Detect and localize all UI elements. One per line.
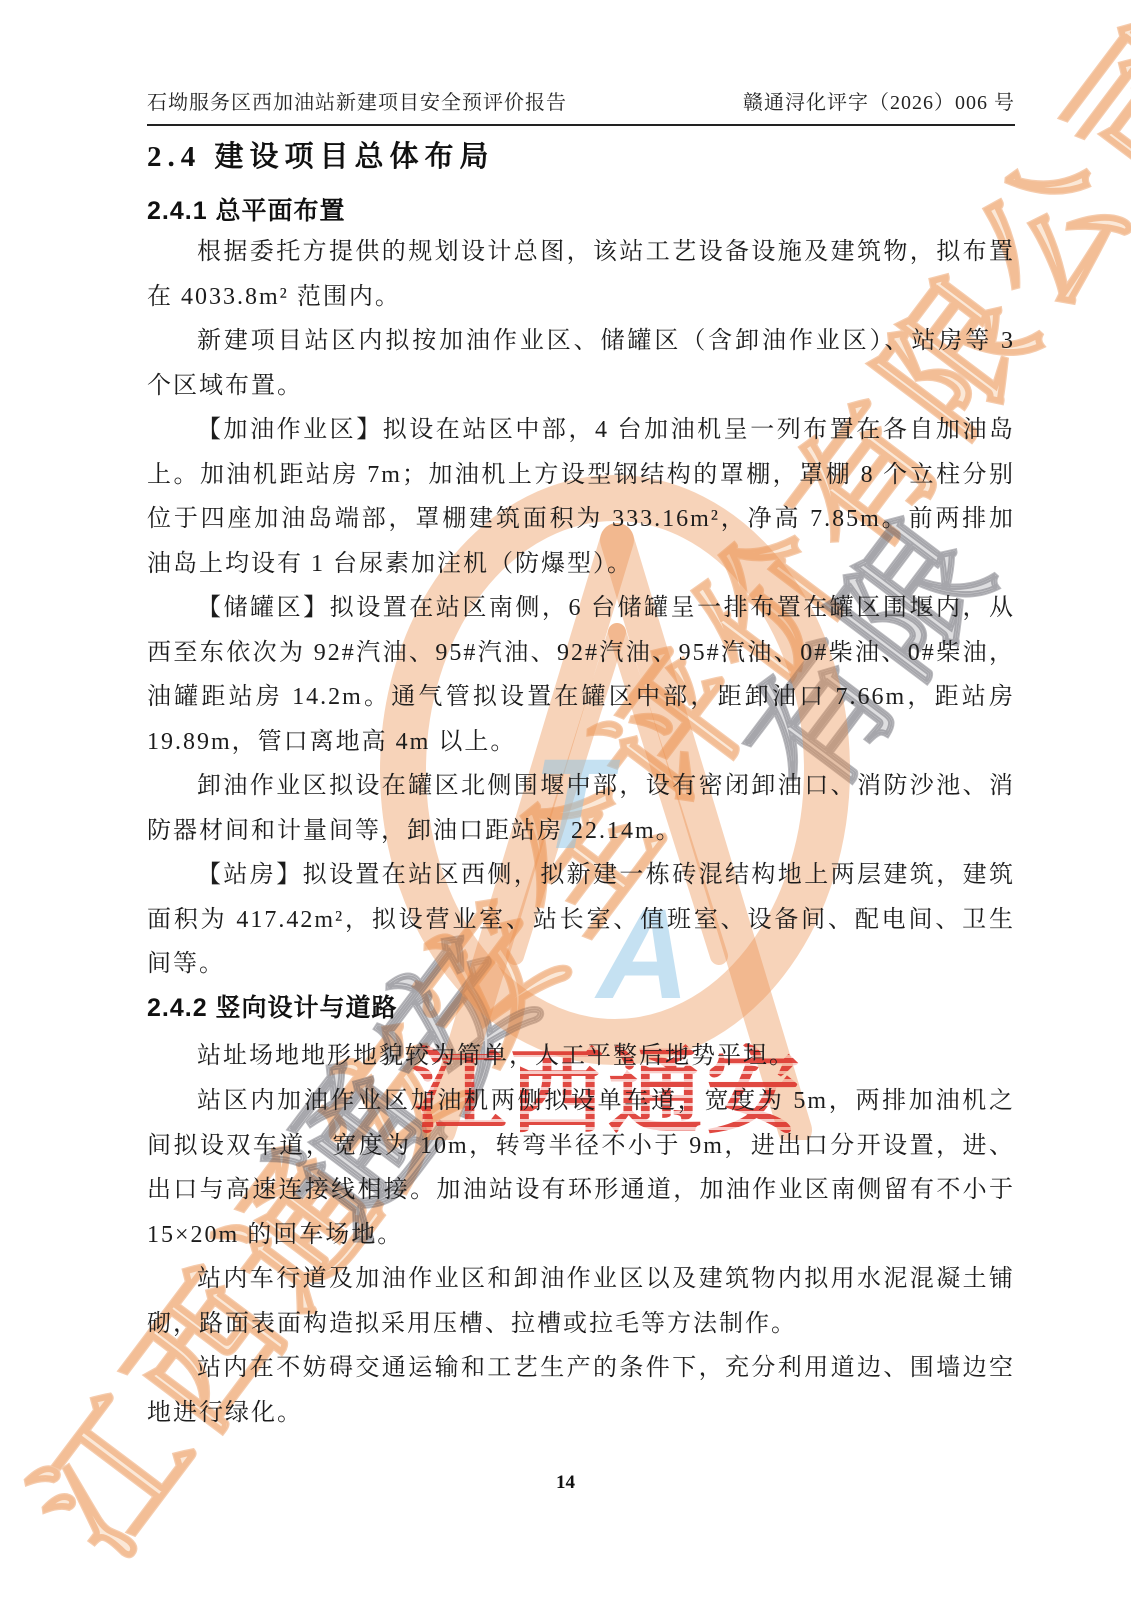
page-number: 14	[0, 1472, 1131, 1494]
paragraph: 【加油作业区】拟设在站区中部，4 台加油机呈一列布置在各自加油岛上。加油机距站房…	[147, 408, 1015, 586]
report-page: 江西通安安全评价有限公司 通安 有限 T A 江西通安 石坳服务区西加油站新建项…	[0, 0, 1131, 1600]
paragraph: 站内在不妨碍交通运输和工艺生产的条件下，充分利用道边、围墙边空地进行绿化。	[147, 1346, 1015, 1435]
paragraph: 卸油作业区拟设在罐区北侧围堰中部，设有密闭卸油口、消防沙池、消防器材间和计量间等…	[147, 764, 1015, 853]
section-heading-2-4: 2.4 建设项目总体布局	[147, 134, 495, 175]
paragraph: 【站房】拟设置在站区西侧，拟新建一栋砖混结构地上两层建筑，建筑面积为 417.4…	[147, 853, 1015, 987]
running-header-left: 石坳服务区西加油站新建项目安全预评价报告	[147, 86, 567, 115]
paragraph: 站内车行道及加油作业区和卸油作业区以及建筑物内拟用水泥混凝土铺砌，路面表面构造拟…	[147, 1257, 1015, 1346]
paragraph: 新建项目站区内拟按加油作业区、储罐区（含卸油作业区）、站房等 3 个区域布置。	[147, 319, 1015, 408]
document-text-layer: 石坳服务区西加油站新建项目安全预评价报告 赣通浔化评字（2026）006 号 2…	[0, 0, 1131, 1600]
subsection-heading-2-4-2: 2.4.2 竖向设计与道路	[147, 988, 398, 1024]
paragraph: 根据委托方提供的规划设计总图，该站工艺设备设施及建筑物，拟布置在 4033.8m…	[147, 230, 1015, 319]
paragraph: 站区内加油作业区加油机两侧拟设单车道，宽度为 5m，两排加油机之间拟设双车道，宽…	[147, 1079, 1015, 1257]
subsection-heading-2-4-1: 2.4.1 总平面布置	[147, 191, 346, 227]
running-header: 石坳服务区西加油站新建项目安全预评价报告 赣通浔化评字（2026）006 号	[147, 86, 1015, 126]
paragraph: 【储罐区】拟设置在站区南侧，6 台储罐呈一排布置在罐区围堰内，从西至东依次为 9…	[147, 586, 1015, 764]
paragraph: 站址场地地形地貌较为简单，人工平整后地势平坦。	[147, 1034, 1015, 1079]
running-header-right: 赣通浔化评字（2026）006 号	[743, 86, 1015, 115]
